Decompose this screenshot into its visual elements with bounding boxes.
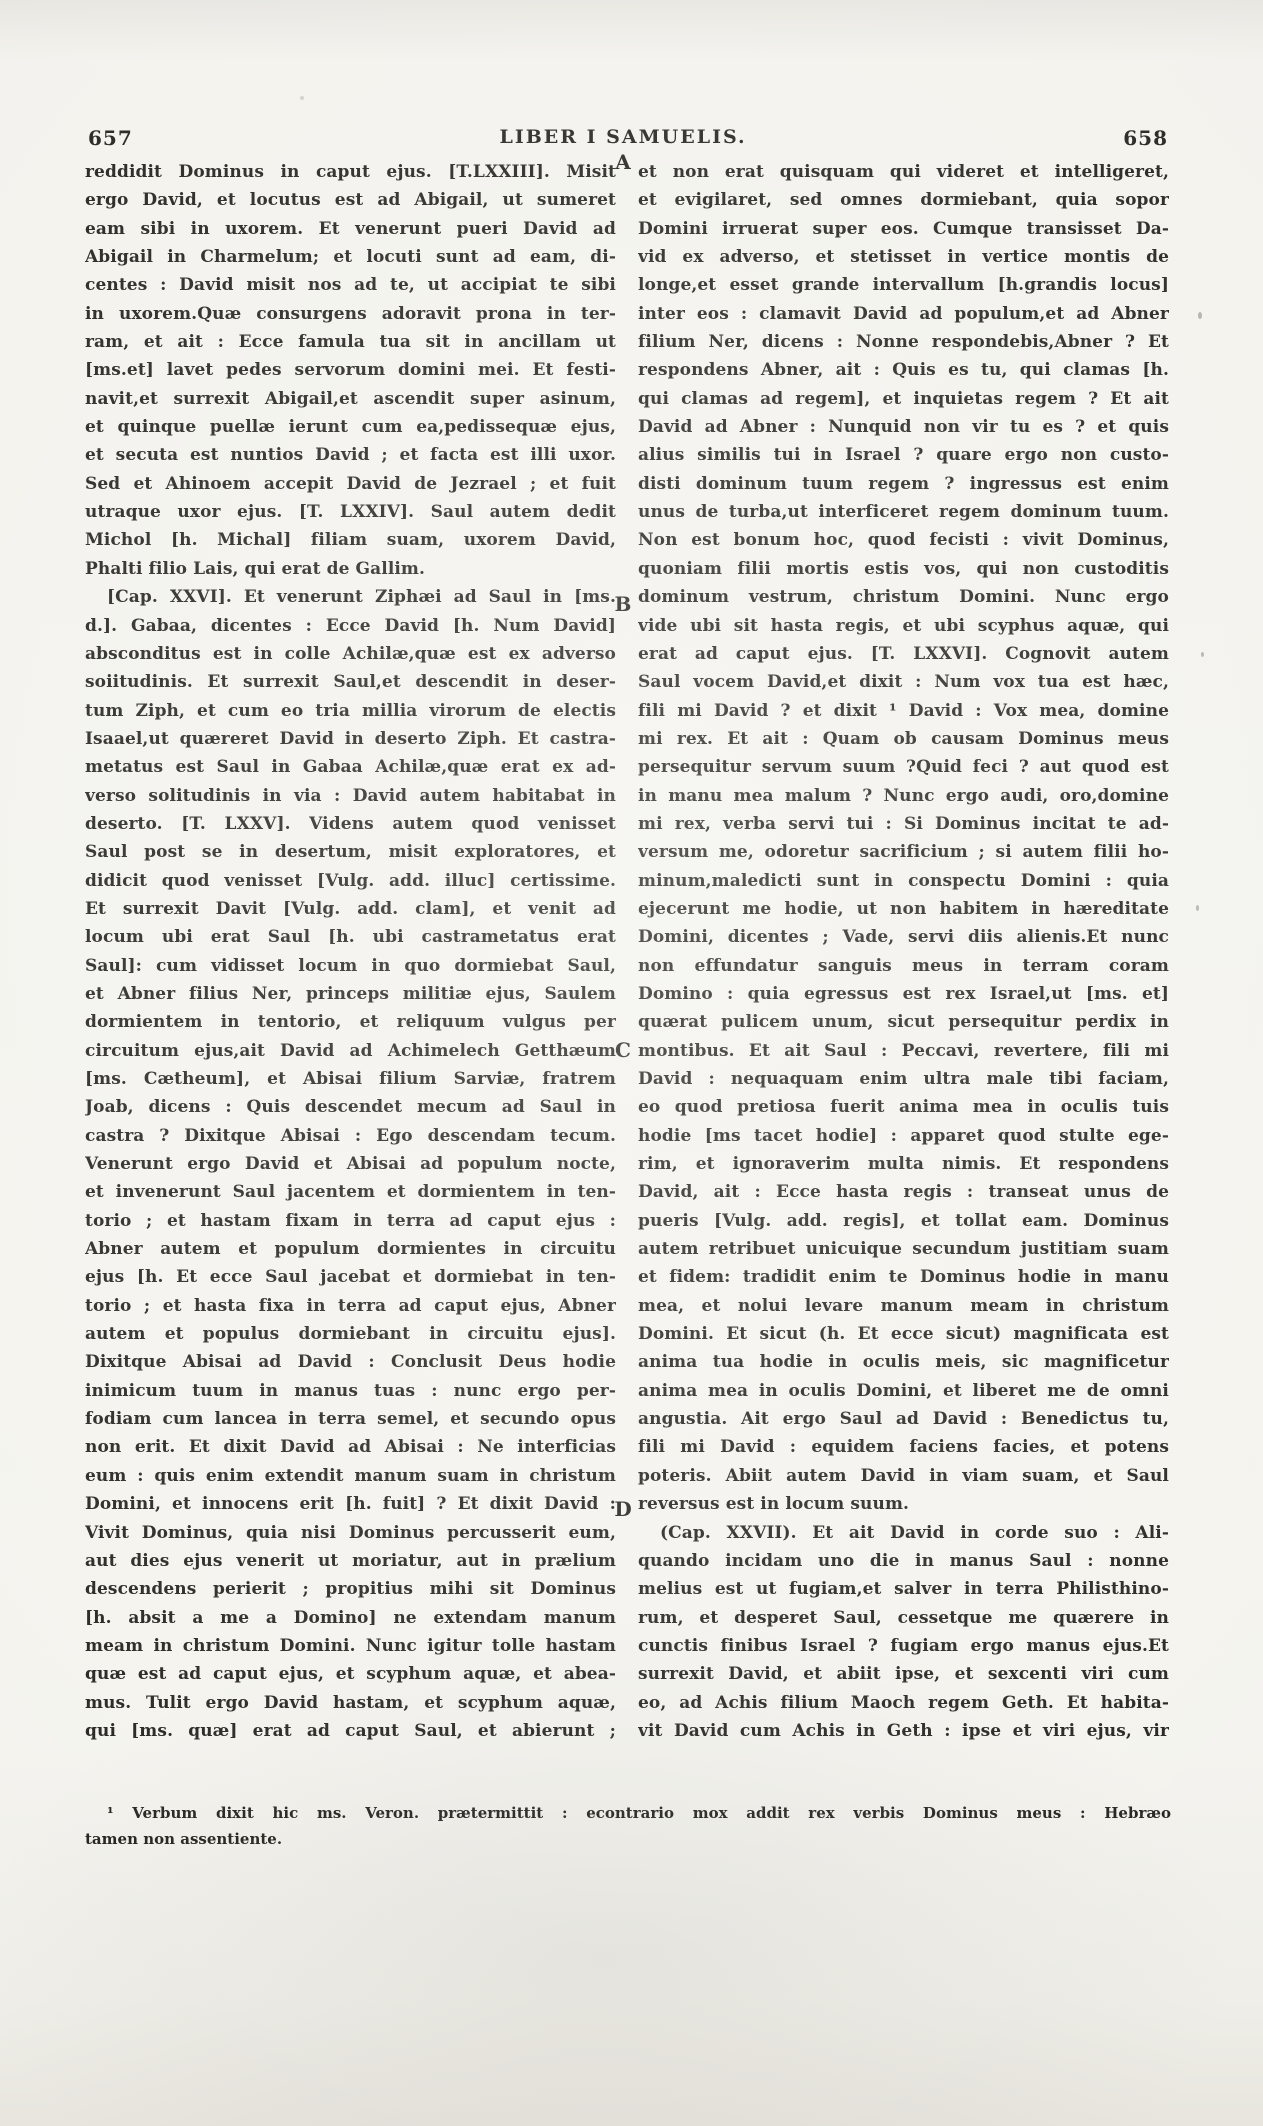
text-line: torio ; et hasta fixa in terra ad caput … — [85, 1292, 616, 1320]
scan-speck — [300, 96, 304, 100]
text-line: mea, et nolui levare manum meam in chris… — [638, 1292, 1169, 1320]
text-line: qui clamas ad regem], et inquietas regem… — [638, 385, 1169, 413]
text-line: fili mi David ? et dixit ¹ David : Vox m… — [638, 697, 1169, 725]
text-line: soiitudinis. Et surrexit Saul,et descend… — [85, 668, 616, 696]
text-line: mi rex. Et ait : Quam ob causam Dominus … — [638, 725, 1169, 753]
text-line: inter eos : clamavit David ad populum,et… — [638, 300, 1169, 328]
text-line: quoniam filii mortis estis vos, qui non … — [638, 555, 1169, 583]
text-line: versum me, odoretur sacrificium ; si aut… — [638, 838, 1169, 866]
text-line: [ms.et] lavet pedes servorum domini mei.… — [85, 356, 616, 384]
text-line: Joab, dicens : Quis descendet mecum ad S… — [85, 1093, 616, 1121]
scan-speck — [1198, 312, 1202, 319]
text-line: Saul post se in desertum, misit explorat… — [85, 838, 616, 866]
text-line: ergo David, et locutus est ad Abigail, u… — [85, 186, 616, 214]
text-line: Dixitque Abisai ad David : Conclusit Deu… — [85, 1348, 616, 1376]
text-line: Vivit Dominus, quia nisi Dominus percuss… — [85, 1519, 616, 1547]
text-line: angustia. Ait ergo Saul ad David : Bened… — [638, 1405, 1169, 1433]
text-line: non effundatur sanguis meus in terram co… — [638, 952, 1169, 980]
text-line: filium Ner, dicens : Nonne respondebis,A… — [638, 328, 1169, 356]
text-line: Domini, dicentes ; Vade, servi diis alie… — [638, 923, 1169, 951]
text-line: Abner autem et populum dormientes in cir… — [85, 1235, 616, 1263]
text-line: Saul vocem David,et dixit : Num vox tua … — [638, 668, 1169, 696]
text-line: aut dies ejus venerit ut moriatur, aut i… — [85, 1547, 616, 1575]
text-line: mi rex, verba servi tui : Si Dominus inc… — [638, 810, 1169, 838]
text-line: anima mea in oculis Domini, et liberet m… — [638, 1377, 1169, 1405]
text-line: fodiam cum lancea in terra semel, et sec… — [85, 1405, 616, 1433]
page-number-left: 657 — [88, 126, 133, 150]
text-line: et Abner filius Ner, princeps militiæ ej… — [85, 980, 616, 1008]
text-line: [ms. Cætheum], et Abisai filium Sarviæ, … — [85, 1065, 616, 1093]
text-line: autem et populus dormiebant in circuitu … — [85, 1320, 616, 1348]
text-line: eum : quis enim extendit manum suam in c… — [85, 1462, 616, 1490]
text-line: dormientem in tentorio, et reliquum vulg… — [85, 1008, 616, 1036]
text-line: anima tua hodie in oculis meis, sic magn… — [638, 1348, 1169, 1376]
text-line: pueris [Vulg. add. regis], et tollat eam… — [638, 1207, 1169, 1235]
text-line: montibus. Et ait Saul : Peccavi, reverte… — [638, 1037, 1169, 1065]
text-line: vit David cum Achis in Geth : ipse et vi… — [638, 1717, 1169, 1745]
text-line: disti dominum tuum regem ? ingressus est… — [638, 470, 1169, 498]
book-page-scan: 657 LIBER I SAMUELIS. 658 reddidit Domin… — [0, 0, 1263, 2126]
text-line: Domini, et innocens erit [h. fuit] ? Et … — [85, 1490, 616, 1518]
text-line: eam sibi in uxorem. Et venerunt pueri Da… — [85, 215, 616, 243]
text-line: et secuta est nuntios David ; et facta e… — [85, 441, 616, 469]
text-line: ¹ Verbum dixit hic ms. Veron. prætermitt… — [85, 1800, 1171, 1826]
text-line: vid ex adverso, et stetisset in vertice … — [638, 243, 1169, 271]
section-marker-b: B — [610, 592, 636, 616]
text-line: [h. absit a me a Domino] ne extendam man… — [85, 1604, 616, 1632]
text-line: ram, et ait : Ecce famula tua sit in anc… — [85, 328, 616, 356]
text-line: Domino : quia egressus est rex Israel,ut… — [638, 980, 1169, 1008]
text-line: Domini irruerat super eos. Cumque transi… — [638, 215, 1169, 243]
text-line: Saul]: cum vidisset locum in quo dormieb… — [85, 952, 616, 980]
text-line: dominum vestrum, christum Domini. Nunc e… — [638, 583, 1169, 611]
text-line: ejecerunt me hodie, ut non habitem in hæ… — [638, 895, 1169, 923]
text-line: longe,et esset grande intervallum [h.gra… — [638, 271, 1169, 299]
text-line: eo, ad Achis filium Maoch regem Geth. Et… — [638, 1689, 1169, 1717]
text-line: hodie [ms tacet hodie] : apparet quod st… — [638, 1122, 1169, 1150]
text-line: Non est bonum hoc, quod fecisti : vivit … — [638, 526, 1169, 554]
text-line: tamen non assentiente. — [85, 1826, 1171, 1852]
right-text-column: et non erat quisquam qui videret et inte… — [638, 158, 1169, 1745]
text-line: cunctis finibus Israel ? fugiam ergo man… — [638, 1632, 1169, 1660]
text-line: quæ est ad caput ejus, et scyphum aquæ, … — [85, 1660, 616, 1688]
text-line: et quinque puellæ ierunt cum ea,pedisseq… — [85, 413, 616, 441]
text-line: persequitur servum suum ?Quid feci ? aut… — [638, 753, 1169, 781]
text-line: non erit. Et dixit David ad Abisai : Ne … — [85, 1433, 616, 1461]
text-line: rum, et desperet Saul, cessetque me quær… — [638, 1604, 1169, 1632]
text-line: Et surrexit Davit [Vulg. add. clam], et … — [85, 895, 616, 923]
text-line: qui [ms. quæ] erat ad caput Saul, et abi… — [85, 1717, 616, 1745]
text-line: d.]. Gabaa, dicentes : Ecce David [h. Nu… — [85, 612, 616, 640]
text-line: ejus [h. Et ecce Saul jacebat et dormieb… — [85, 1263, 616, 1291]
text-line: Michol [h. Michal] filiam suam, uxorem D… — [85, 526, 616, 554]
text-line: Sed et Ahinoem accepit David de Jezrael … — [85, 470, 616, 498]
text-line: castra ? Dixitque Abisai : Ego descendam… — [85, 1122, 616, 1150]
text-line: quærat pulicem unum, sicut persequitur p… — [638, 1008, 1169, 1036]
text-line: absconditus est in colle Achilæ,quæ est … — [85, 640, 616, 668]
text-line: in uxorem.Quæ consurgens adoravit prona … — [85, 300, 616, 328]
text-line: et invenerunt Saul jacentem et dormiente… — [85, 1178, 616, 1206]
text-line: metatus est Saul in Gabaa Achilæ,quæ era… — [85, 753, 616, 781]
section-marker-d: D — [610, 1497, 636, 1521]
text-line: autem retribuet unicuique secundum justi… — [638, 1235, 1169, 1263]
text-line: David, ait : Ecce hasta regis : transeat… — [638, 1178, 1169, 1206]
text-line: Abigail in Charmelum; et locuti sunt ad … — [85, 243, 616, 271]
text-line: quando incidam uno die in manus Saul : n… — [638, 1547, 1169, 1575]
text-line: eo quod pretiosa fuerit anima mea in ocu… — [638, 1093, 1169, 1121]
text-line: navit,et surrexit Abigail,et ascendit su… — [85, 385, 616, 413]
text-line: tum Ziph, et cum eo tria millia virorum … — [85, 697, 616, 725]
text-line: David : nequaquam enim ultra male tibi f… — [638, 1065, 1169, 1093]
text-line: torio ; et hastam fixam in terra ad capu… — [85, 1207, 616, 1235]
text-line: utraque uxor ejus. [T. LXXIV]. Saul aute… — [85, 498, 616, 526]
text-line: centes : David misit nos ad te, ut accip… — [85, 271, 616, 299]
text-line: poteris. Abiit autem David in viam suam,… — [638, 1462, 1169, 1490]
text-line: [Cap. XXVI]. Et venerunt Ziphæi ad Saul … — [85, 583, 616, 611]
text-line: meam in christum Domini. Nunc igitur tol… — [85, 1632, 616, 1660]
text-line: vide ubi sit hasta regis, et ubi scyphus… — [638, 612, 1169, 640]
text-line: locum ubi erat Saul [h. ubi castrametatu… — [85, 923, 616, 951]
text-line: erat ad caput ejus. [T. LXXVI]. Cognovit… — [638, 640, 1169, 668]
text-line: mus. Tulit ergo David hastam, et scyphum… — [85, 1689, 616, 1717]
text-line: fili mi David : equidem faciens facies, … — [638, 1433, 1169, 1461]
text-line: reversus est in locum suum. — [638, 1490, 1169, 1518]
text-line: et non erat quisquam qui videret et inte… — [638, 158, 1169, 186]
scan-speck — [1201, 652, 1204, 657]
text-line: reddidit Dominus in caput ejus. [T.LXXII… — [85, 158, 616, 186]
left-text-column: reddidit Dominus in caput ejus. [T.LXXII… — [85, 158, 616, 1745]
text-line: (Cap. XXVII). Et ait David in corde suo … — [638, 1519, 1169, 1547]
text-line: circuitum ejus,ait David ad Achimelech G… — [85, 1037, 616, 1065]
text-line: minum,maledicti sunt in conspectu Domini… — [638, 867, 1169, 895]
text-line: et evigilaret, sed omnes dormiebant, qui… — [638, 186, 1169, 214]
text-line: descendens perierit ; propitius mihi sit… — [85, 1575, 616, 1603]
running-title: LIBER I SAMUELIS. — [499, 126, 746, 148]
text-line: alius similis tui in Israel ? quare ergo… — [638, 441, 1169, 469]
text-line: David ad Abner : Nunquid non vir tu es ?… — [638, 413, 1169, 441]
section-marker-a: A — [610, 150, 636, 174]
text-line: surrexit David, et abiit ipse, et sexcen… — [638, 1660, 1169, 1688]
text-line: in manu mea malum ? Nunc ergo audi, oro,… — [638, 782, 1169, 810]
scan-speck — [1196, 905, 1199, 911]
section-marker-c: C — [610, 1038, 636, 1062]
text-line: Isaael,ut quæreret David in deserto Ziph… — [85, 725, 616, 753]
text-line: Domini. Et sicut (h. Et ecce sicut) magn… — [638, 1320, 1169, 1348]
text-line: et fidem: tradidit enim te Dominus hodie… — [638, 1263, 1169, 1291]
text-line: respondens Abner, ait : Quis es tu, qui … — [638, 356, 1169, 384]
text-line: verso solitudinis in via : David autem h… — [85, 782, 616, 810]
text-line: deserto. [T. LXXV]. Videns autem quod ve… — [85, 810, 616, 838]
page-number-right: 658 — [1123, 126, 1168, 150]
text-line: Venerunt ergo David et Abisai ad populum… — [85, 1150, 616, 1178]
footnote: ¹ Verbum dixit hic ms. Veron. prætermitt… — [85, 1800, 1171, 1852]
text-line: Phalti filio Lais, qui erat de Gallim. — [85, 555, 616, 583]
text-line: unus de turba,ut interficeret regem domi… — [638, 498, 1169, 526]
text-line: melius est ut fugiam,et salver in terra … — [638, 1575, 1169, 1603]
text-line: didicit quod venisset [Vulg. add. illuc]… — [85, 867, 616, 895]
text-line: rim, et ignoraverim multa nimis. Et resp… — [638, 1150, 1169, 1178]
text-line: inimicum tuum in manus tuas : nunc ergo … — [85, 1377, 616, 1405]
